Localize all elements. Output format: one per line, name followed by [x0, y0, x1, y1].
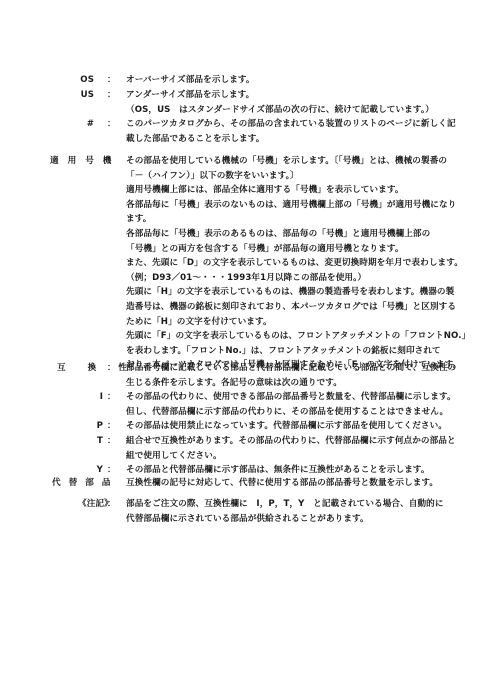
- section-colon: ：: [107, 361, 115, 376]
- section-body: その部品は使用禁止になっています。代替部品欄に示す部品を使用してください。: [126, 419, 476, 434]
- text-line: このパーツカタログから、その部品の含まれている装置のリストのページに新しく記: [126, 117, 476, 132]
- text-line: ために「H」の文字を付けています。: [126, 315, 476, 330]
- section-colon: ：: [107, 73, 115, 88]
- text-line: アンダーサイズ部品を示します。: [126, 88, 476, 103]
- text-line: また、先頭に「D」の文字を表示しているものは、変更切換時期を年月で表わします。: [126, 256, 476, 271]
- section-body: オーバーサイズ部品を示します。: [126, 73, 476, 88]
- text-line: 載した部品であることを示します。: [126, 132, 476, 147]
- section-body: アンダーサイズ部品を示します。 （OS，US はスタンダードサイズ部品の次の行に…: [126, 88, 476, 117]
- text-line: 組合せで互換性があります。その部品の代わりに、代替部品欄に示す何点かの部品と: [126, 434, 476, 449]
- section-body: このパーツカタログから、その部品の含まれている装置のリストのページに新しく記 載…: [126, 117, 476, 146]
- text-line: 代替部品欄に示されている部品が供給されることがあります。: [126, 512, 476, 527]
- text-line: オーバーサイズ部品を示します。: [126, 73, 476, 88]
- text-line: 「号機」との両方を包含する「号機」が部品毎の適用号機となります。: [126, 242, 476, 257]
- text-line: （OS，US はスタンダードサイズ部品の次の行に、続けて記載しています。）: [126, 103, 476, 118]
- section-colon: ：: [107, 117, 115, 132]
- section-colon: ：: [107, 434, 115, 449]
- section-body: 組合せで互換性があります。その部品の代わりに、代替部品欄に示す何点かの部品と 組…: [126, 434, 476, 463]
- text-line: 部品番号欄に記載している部品と代替部品欄に記載している部品との間で、互換性の: [126, 361, 476, 376]
- text-line: 各部品毎に「号機」表示のないものは、適用号機欄上部の「号機」が適用号機になり: [126, 198, 476, 213]
- section-body: 部品番号欄に記載している部品と代替部品欄に記載している部品との間で、互換性の 生…: [126, 361, 476, 390]
- section-body: 部品をご注文の際、互換性欄に I，P，T，Y と記載されている場合、自動的に 代…: [126, 497, 476, 526]
- text-line: その部品の代わりに、使用できる部品の部品番号と数量を、代替部品欄に示します。: [126, 390, 476, 405]
- text-line: （例；D93／01～・・・1993年1月以降この部品を使用。）: [126, 271, 476, 286]
- text-line: 「－（ハイフン）」以下の数字をいいます。〕: [126, 169, 476, 184]
- text-line: 生じる条件を示します。各記号の意味は次の通りです。: [126, 376, 476, 391]
- text-line: 互換性欄の記号に対応して、代替に使用する部品の部品番号と数量を示します。: [126, 476, 476, 491]
- section-label: P: [97, 419, 103, 434]
- text-line: その部品を使用している機械の「号機」を示します。〔「号機」とは、機械の製番の: [126, 154, 476, 169]
- section-colon: ：: [107, 88, 115, 103]
- section-colon: ：: [107, 419, 115, 434]
- text-line: ます。: [126, 212, 476, 227]
- section-label: T: [97, 434, 103, 449]
- text-line: 先頭に「H」の文字を表示しているものは、機器の製造番号を表わします。機器の製: [126, 285, 476, 300]
- section-colon: ：: [107, 154, 115, 169]
- section-body: その部品を使用している機械の「号機」を示します。〔「号機」とは、機械の製番の 「…: [126, 154, 476, 373]
- text-line: 適用号機欄上部には、部品全体に適用する「号機」を表示しています。: [126, 183, 476, 198]
- section-colon: ：: [107, 390, 115, 405]
- text-line: 部品をご注文の際、互換性欄に I，P，T，Y と記載されている場合、自動的に: [126, 497, 476, 512]
- section-label: I: [100, 390, 103, 405]
- section-colon: ：: [107, 476, 115, 491]
- text-line: その部品は使用禁止になっています。代替部品欄に示す部品を使用してください。: [126, 419, 476, 434]
- text-line: 但し、代替部品欄に示す部品の代わりに、その部品を使用することはできません。: [126, 405, 476, 420]
- section-label: US: [81, 88, 94, 103]
- section-label: OS: [80, 73, 94, 88]
- text-line: 先頭に「F」の文字を表示しているものは、フロントアタッチメントの「フロントNO.…: [126, 329, 476, 344]
- section-colon: ：: [107, 497, 115, 512]
- document-page: OS ： オーバーサイズ部品を示します。 US ： アンダーサイズ部品を示します…: [0, 0, 495, 700]
- text-line: 各部品毎に「号機」表示のあるものは、部品毎の「号機」と適用号機欄上部の: [126, 227, 476, 242]
- section-body: その部品の代わりに、使用できる部品の部品番号と数量を、代替部品欄に示します。 但…: [126, 390, 476, 419]
- text-line: 造番号は、機器の銘板に刻印されており、本パーツカタログでは「号機」と区別する: [126, 300, 476, 315]
- text-line: 組で使用してください。: [126, 449, 476, 464]
- section-label: #: [87, 117, 94, 132]
- text-line: を表わします。「フロントNo.」は、フロントアタッチメントの銘板に刻印されて: [126, 344, 476, 359]
- section-body: 互換性欄の記号に対応して、代替に使用する部品の部品番号と数量を示します。: [126, 476, 476, 491]
